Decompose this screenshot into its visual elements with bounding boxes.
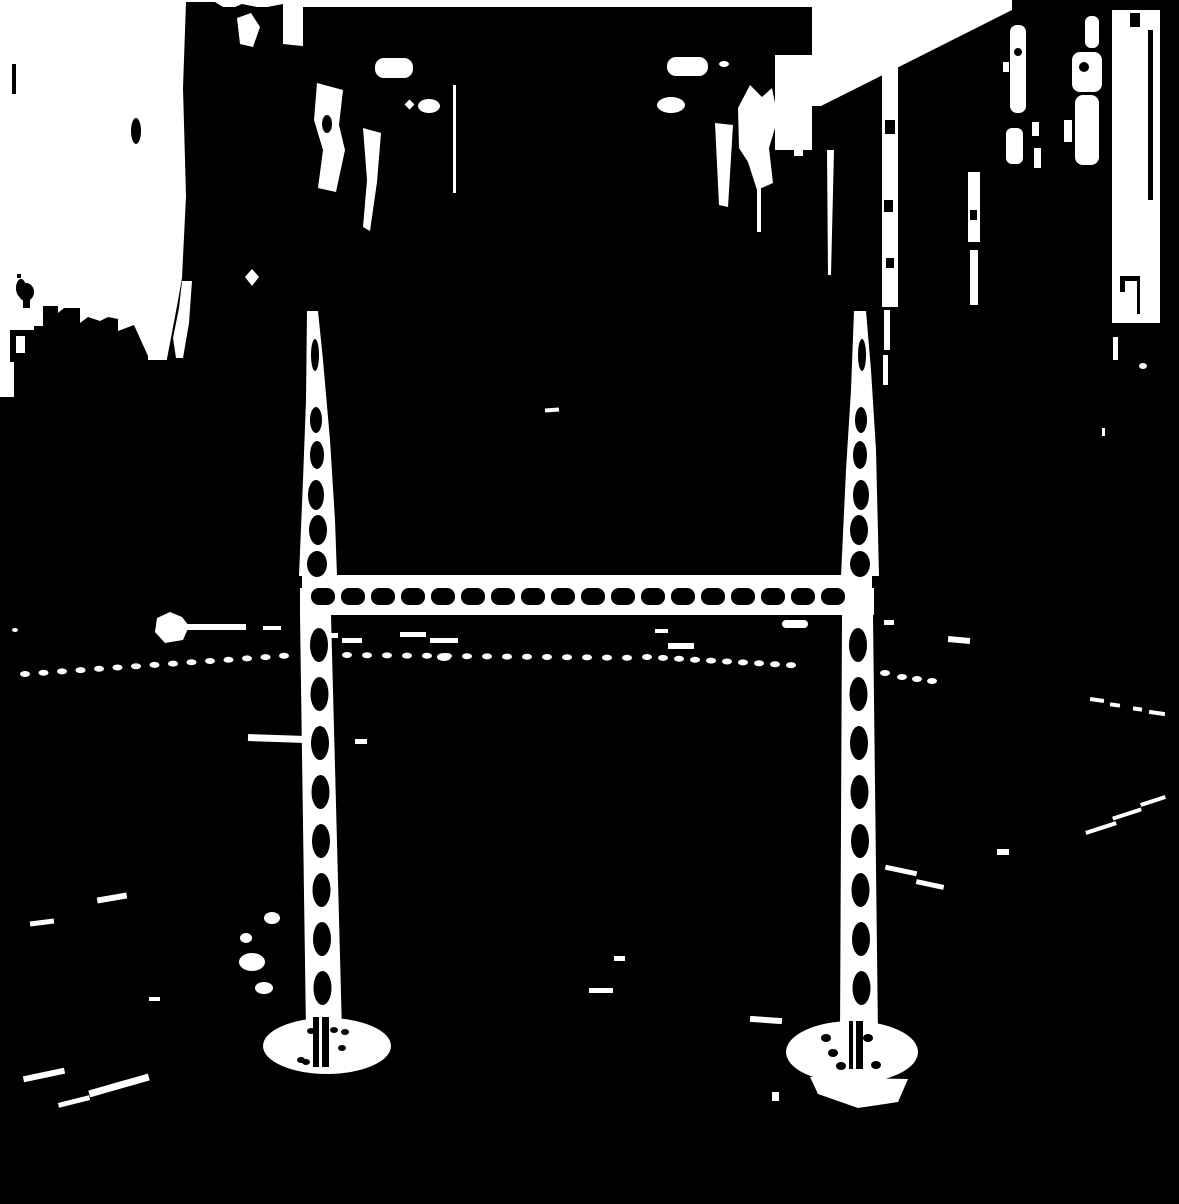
pillar-bracket-v <box>1120 276 1125 292</box>
base-left-bolt-6 <box>302 1059 310 1065</box>
wall-blob-9 <box>1064 120 1072 142</box>
beam-scallops-5 <box>461 588 485 605</box>
ceiling-block <box>775 55 812 150</box>
post-right-lower-beads-1 <box>850 677 868 711</box>
post-left-lower-beads-2 <box>311 726 329 760</box>
post-right-upper-bead-4 <box>853 480 869 510</box>
post-right-lower-beads-4 <box>851 824 869 858</box>
chain-dots-center-4 <box>422 653 432 659</box>
chain-dots-center-6 <box>462 653 472 659</box>
mid-mark-6 <box>655 629 668 633</box>
wall-blob-2 <box>1006 128 1023 164</box>
mid-mark-9 <box>884 620 894 625</box>
chain-dot-a <box>880 670 890 676</box>
beam-scallops-0 <box>311 588 335 605</box>
base-left-bolt-1 <box>307 1028 315 1034</box>
beam-scallops-9 <box>581 588 605 605</box>
lamp-silhouette-base <box>23 299 30 308</box>
column-gap-2-notch <box>970 210 977 220</box>
base-right-pole-highlight <box>853 1021 856 1069</box>
chain-dots-left-7 <box>150 662 160 668</box>
base-right-bolt-4 <box>836 1062 846 1070</box>
chain-dots-left-4 <box>94 666 104 672</box>
ground-streak-14 <box>589 988 613 993</box>
post-left-lower-beads-1 <box>311 677 329 711</box>
chain-dot-d <box>927 678 937 684</box>
wall-blob-4 <box>1034 148 1041 168</box>
wall-blob-7 <box>1072 52 1102 92</box>
chain-dots-center-7 <box>482 653 492 659</box>
post-right-lower-beads-7 <box>853 971 871 1005</box>
chain-dots-right-0 <box>642 654 652 660</box>
chain-dots-left-9 <box>187 659 197 665</box>
sky-gap-above-trees <box>283 0 303 46</box>
base-left-bolt-2 <box>330 1027 338 1033</box>
post-left-lower-beads-4 <box>312 824 330 858</box>
post-right-upper-bead-2 <box>855 407 867 433</box>
chain-dots-right-6 <box>738 659 748 665</box>
pillar-tail-1 <box>1113 337 1118 360</box>
ceiling-streak-3 <box>794 108 803 156</box>
ceiling-light-2-spark <box>719 61 729 67</box>
chain-dots-left-10 <box>205 658 215 664</box>
post-left-patch-2 <box>239 953 265 971</box>
ground-dot-left <box>12 628 18 632</box>
post-left-lower-beads-5 <box>313 873 331 907</box>
wall-blob-3 <box>1032 122 1039 136</box>
wall-blob-8 <box>1075 95 1099 165</box>
chain-dots-left-3 <box>76 667 86 673</box>
ceiling-light-2-glow <box>657 97 685 113</box>
post-left-upper-bead-4 <box>308 480 324 510</box>
chain-dot-b <box>897 674 907 680</box>
chain-dots-center-12 <box>582 654 592 660</box>
post-right-lower-beads-2 <box>850 726 868 760</box>
ground-streak-3 <box>997 849 1009 855</box>
post-left-lower-beads-7 <box>314 971 332 1005</box>
post-left-lower-beads-0 <box>310 628 328 662</box>
pillar-tail-3 <box>1102 428 1105 436</box>
sky-speck-2 <box>17 274 21 278</box>
chain-dots-center-2 <box>382 652 392 658</box>
post-left-upper-bead-3 <box>310 441 324 469</box>
post-right-lower-beads-6 <box>852 922 870 956</box>
chain-dots-center-11 <box>562 654 572 660</box>
wall-blob-6 <box>1085 16 1099 48</box>
column-gap-1-notch-b <box>884 200 893 212</box>
pillar-tail-2 <box>1139 363 1147 369</box>
beam-scallops-11 <box>641 588 665 605</box>
column-gap-1-tail-1 <box>884 310 890 350</box>
column-gap-1 <box>882 57 898 307</box>
beam-scallops-3 <box>401 588 425 605</box>
mid-mark-3 <box>400 632 426 637</box>
beam-scallops-1 <box>341 588 365 605</box>
column-gap-1-notch-a <box>885 120 895 134</box>
sky-mark <box>131 118 141 144</box>
ceiling-light-1 <box>375 58 413 78</box>
beam-scallops-8 <box>551 588 575 605</box>
beam-top-bar <box>302 575 872 588</box>
column-highlight-1-notch <box>322 115 332 133</box>
mid-mark-4 <box>430 638 458 643</box>
chain-dots-center-3 <box>402 653 412 659</box>
post-left-upper-bead-2 <box>310 407 322 433</box>
column-highlight-3 <box>453 85 456 193</box>
beam-scallops-10 <box>611 588 635 605</box>
building-window <box>16 336 25 353</box>
beam-scallops-2 <box>371 588 395 605</box>
chain-dots-left-6 <box>131 663 141 669</box>
post-right-lower-beads-0 <box>849 628 867 662</box>
chain-dot-c <box>912 676 922 682</box>
column-gap-1-tail-2 <box>883 355 888 385</box>
post-right-upper-bead-1 <box>858 339 866 371</box>
base-right-bolt-2 <box>863 1034 873 1042</box>
ceiling-light-1-glow <box>418 99 440 113</box>
ground-streak-2 <box>355 739 367 744</box>
chain-dots-center-13 <box>602 655 612 661</box>
photo-svg <box>0 0 1179 1204</box>
beam-scallops-16 <box>791 588 815 605</box>
beam-scallops-14 <box>731 588 755 605</box>
mid-mark-7 <box>668 643 694 649</box>
base-right-bolt-1 <box>821 1034 831 1042</box>
chain-dots-left-12 <box>242 655 252 661</box>
chain-dots-left-8 <box>168 661 178 667</box>
chain-dots-right-2 <box>674 656 684 662</box>
beam-scallops-6 <box>491 588 515 605</box>
chain-dots-left-5 <box>113 665 123 671</box>
chain-dots-center-1 <box>362 652 372 658</box>
chain-dots-right-1 <box>658 655 668 661</box>
base-left-pole-highlight <box>319 1017 322 1067</box>
chain-dots-right-9 <box>786 662 796 668</box>
chain-dots-left-14 <box>279 653 289 659</box>
post-left-lower-beads-3 <box>312 775 330 809</box>
chain-dots-center-10 <box>542 654 552 660</box>
beam-scallops-13 <box>701 588 725 605</box>
base-left-bolt-4 <box>338 1045 346 1051</box>
binarized-photo <box>0 0 1179 1204</box>
mid-mark-5 <box>437 653 451 661</box>
sky-tick <box>12 64 16 94</box>
pillar-band-streak-1 <box>1130 13 1140 27</box>
chain-dots-right-8 <box>770 661 780 667</box>
smear-tick <box>772 1092 779 1101</box>
post-right-upper-bead-5 <box>850 515 868 545</box>
wall-blob-1-dot <box>1014 48 1022 56</box>
post-left-patch-3 <box>255 982 273 994</box>
post-left-patch-1 <box>264 912 280 924</box>
mid-mark-2 <box>342 638 362 643</box>
post-right-upper-bead-3 <box>853 441 867 469</box>
post-left-upper-bead-1 <box>311 339 319 371</box>
wall-blob-5 <box>1003 62 1009 72</box>
post-right-lower-beads-5 <box>852 873 870 907</box>
beam-scallops-12 <box>671 588 695 605</box>
ground-arrow-dash <box>263 626 281 630</box>
pillar-line <box>1137 276 1140 314</box>
chain-dots-center-9 <box>522 654 532 660</box>
ground-streak-15 <box>614 956 625 961</box>
base-left-bolt-3 <box>341 1029 349 1035</box>
sky-top-strip <box>0 0 820 7</box>
pillar-band-streak-2 <box>1148 30 1153 200</box>
chain-dots-left-1 <box>39 670 49 676</box>
chain-dots-center-0 <box>342 652 352 658</box>
beam-scallops-17 <box>821 588 845 605</box>
chain-dots-right-5 <box>722 659 732 665</box>
ceiling-light-2 <box>667 57 708 76</box>
beam-scallops-7 <box>521 588 545 605</box>
beam-scallops-15 <box>761 588 785 605</box>
post-left-patch-4 <box>240 933 252 943</box>
post-right-upper-bead-6 <box>850 551 870 577</box>
chain-dots-left-0 <box>20 671 30 677</box>
chain-dots-left-13 <box>261 654 271 660</box>
post-left-lower-beads-6 <box>313 922 331 956</box>
ground-arrow-tail <box>186 624 246 630</box>
wall-blob-1 <box>1010 25 1026 113</box>
post-left-upper-bead-6 <box>307 551 327 577</box>
chain-dots-center-14 <box>622 655 632 661</box>
chain-dots-right-3 <box>690 657 700 663</box>
base-right-bolt-5 <box>871 1061 881 1069</box>
ceiling-streak-2 <box>757 177 761 232</box>
wall-blob-7-dot <box>1079 62 1089 72</box>
post-right-lower-beads-3 <box>851 775 869 809</box>
post-left-upper-bead-5 <box>309 515 327 545</box>
column-gap-1-notch-c <box>886 258 894 268</box>
chain-dots-left-11 <box>224 657 234 663</box>
sky-speck-1 <box>16 279 26 297</box>
chain-dots-left-2 <box>57 668 67 674</box>
beam-scallops-4 <box>431 588 455 605</box>
chain-dots-center-8 <box>502 654 512 660</box>
chain-dots-right-4 <box>706 658 716 664</box>
column-gap-2-tail <box>970 250 978 305</box>
chain-dots-right-7 <box>754 660 764 666</box>
column-gap-2 <box>968 172 980 242</box>
base-right-bolt-3 <box>828 1049 838 1057</box>
ground-streak-17 <box>149 997 160 1001</box>
mid-mark-8 <box>782 620 808 628</box>
